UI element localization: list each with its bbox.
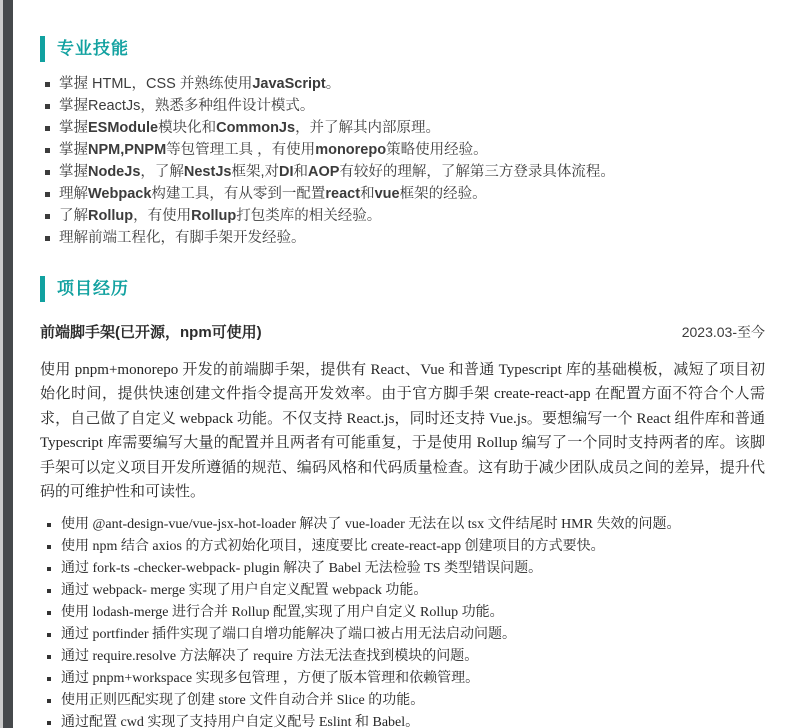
skill-item: 掌握NodeJs，了解NestJs框架,对DI和AOP有较好的理解，了解第三方登… <box>44 161 765 183</box>
resume-page: 专业技能 掌握 HTML，CSS 并熟练使用JavaScript。掌握React… <box>13 0 795 728</box>
project-date: 2023.03-至今 <box>682 322 765 342</box>
project-bullet-item: 通过 fork-ts -checker-webpack- plugin 解决了 … <box>46 558 765 580</box>
skills-section-title: 专业技能 <box>57 39 129 58</box>
project-bullet-item: 使用 npm 结合 axios 的方式初始化项目，速度要比 create-rea… <box>46 536 765 558</box>
project-bullet-list: 使用 @ant-design-vue/vue-jsx-hot-loader 解决… <box>46 514 765 728</box>
project-bullet-item: 使用 @ant-design-vue/vue-jsx-hot-loader 解决… <box>46 514 765 536</box>
skill-item: 掌握ESModule模块化和CommonJs，并了解其内部原理。 <box>44 117 765 139</box>
section-header-skills: 专业技能 <box>40 36 765 62</box>
skill-item: 了解Rollup，有使用Rollup打包类库的相关经验。 <box>44 205 765 227</box>
project-title-row: 前端脚手架(已开源，npm可使用) 2023.03-至今 <box>40 322 765 343</box>
project-bullet-item: 通过 require.resolve 方法解决了 require 方法无法查找到… <box>46 646 765 668</box>
skill-item: 掌握ReactJs，熟悉多种组件设计模式。 <box>44 95 765 117</box>
project-bullet-item: 通过配置 cwd 实现了支持用户自定义配号 Eslint 和 Babel。 <box>46 712 765 728</box>
project-name: 前端脚手架(已开源，npm可使用) <box>40 323 262 343</box>
skill-item: 掌握 HTML，CSS 并熟练使用JavaScript。 <box>44 73 765 95</box>
project-bullet-item: 通过 webpack- merge 实现了用户自定义配置 webpack 功能。 <box>46 580 765 602</box>
left-edge-strip <box>0 0 13 728</box>
skills-list: 掌握 HTML，CSS 并熟练使用JavaScript。掌握ReactJs，熟悉… <box>44 73 765 249</box>
skill-item: 理解前端工程化，有脚手架开发经验。 <box>44 227 765 249</box>
skill-item: 理解Webpack构建工具，有从零到一配置react和vue框架的经验。 <box>44 183 765 205</box>
project-bullet-item: 通过 portfinder 插件实现了端口自增功能解决了端口被占用无法启动问题。 <box>46 624 765 646</box>
project-description: 使用 pnpm+monorepo 开发的前端脚手架，提供有 React、Vue … <box>40 358 765 504</box>
skill-item: 掌握NPM,PNPM等包管理工具 ，有使用monorepo策略使用经验。 <box>44 139 765 161</box>
project-bullet-item: 使用正则匹配实现了创建 store 文件自动合并 Slice 的功能。 <box>46 690 765 712</box>
project-bullet-item: 使用 lodash-merge 进行合并 Rollup 配置,实现了用户自定义 … <box>46 602 765 624</box>
projects-section-title: 项目经历 <box>57 279 129 298</box>
section-header-projects: 项目经历 <box>40 276 765 302</box>
project-bullet-item: 通过 pnpm+workspace 实现多包管理 ，方便了版本管理和依赖管理。 <box>46 668 765 690</box>
